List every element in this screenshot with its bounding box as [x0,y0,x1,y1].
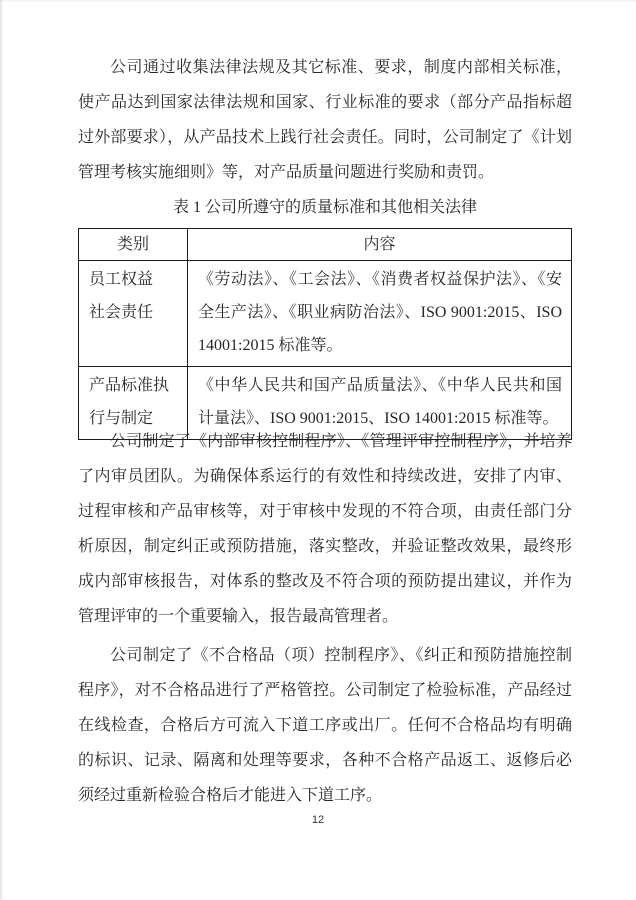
table-header-content: 内容 [188,229,572,261]
paragraph-nonconforming-control: 公司制定了《不合格品（项）控制程序》、《纠正和预防措施控制程序》，对不合格品进行… [78,638,572,813]
content-cell-employee-rights: 《劳动法》、《工会法》、《消费者权益保护法》、《安全生产法》、《职业病防治法》、… [188,261,572,367]
body-text: 公司制定了《内部审核控制程序》、《管理评审控制程序》，并培养了内审员团队。为确保… [78,424,572,813]
document-page: 公司通过收集法律法规及其它标准、要求，制度内部相关标准，使产品达到国家法律法规和… [0,0,636,900]
table-row: 员工权益 社会责任 《劳动法》、《工会法》、《消费者权益保护法》、《安全生产法》… [79,261,572,367]
paragraph-legal-standards: 公司通过收集法律法规及其它标准、要求，制度内部相关标准，使产品达到国家法律法规和… [78,50,572,190]
table-header-row: 类别 内容 [79,229,572,261]
table-caption: 表 1 公司所遵守的质量标准和其他相关法律 [78,190,572,225]
page-number: 12 [0,814,636,826]
table-header-category: 类别 [79,229,188,261]
quality-standards-table: 类别 内容 员工权益 社会责任 《劳动法》、《工会法》、《消费者权益保护法》、《… [78,228,572,440]
paragraph-internal-audit: 公司制定了《内部审核控制程序》、《管理评审控制程序》，并培养了内审员团队。为确保… [78,424,572,634]
category-cell-employee-rights: 员工权益 社会责任 [79,261,188,367]
